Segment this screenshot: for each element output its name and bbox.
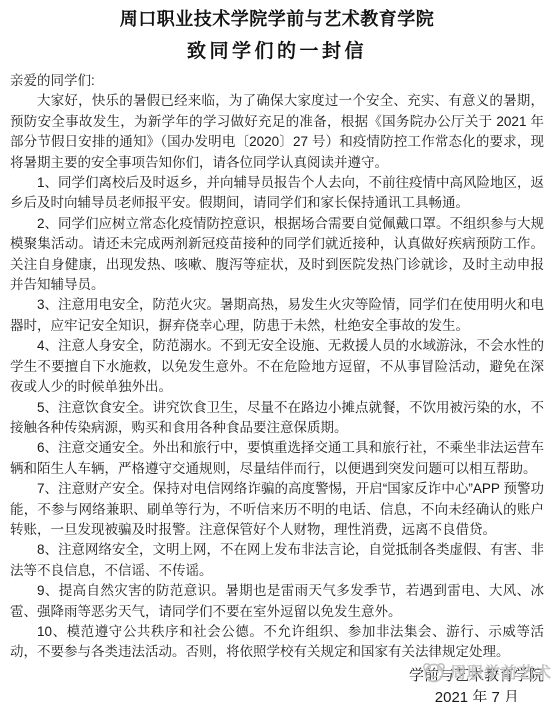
list-item: 9、提高自然灾害的防范意识。暑期也是雷雨天气多发季节，若遇到雷电、大风、冰雹、强… [10,581,544,622]
document-title: 周口职业技术学院学前与艺术教育学院 [10,8,544,30]
intro-paragraph: 大家好，快乐的暑假已经来临，为了确保大家度过一个安全、充实、有意义的暑期，预防安… [10,91,544,173]
list-item: 5、注意饮食安全。讲究饮食卫生，尽量不在路边小摊点就餐，不饮用被污染的水，不接触… [10,398,544,439]
signature-date: 2021 年 7 月 [10,688,544,702]
list-item: 2、同学们应树立常态化疫情防控意识，根据场合需要自觉佩戴口罩。不组织参与大规模聚… [10,214,544,296]
list-item: 7、注意财产安全。保持对电信网络诈骗的高度警惕，开启“国家反诈中心”APP 预警… [10,479,544,540]
list-item: 1、同学们离校后及时返乡，并向辅导员报告个人去向，不前往疫情中高风险地区，返乡后… [10,173,544,214]
signature-block: 学前与艺术教育学院 2021 年 7 月 [10,666,544,702]
list-item: 8、注意网络安全，文明上网，不在网上发布非法言论，自觉抵制各类虚假、有害、非法等… [10,540,544,581]
list-item: 3、注意用电安全，防范火灾。暑期高热，易发生火灾等险情，同学们在使用明火和电器时… [10,295,544,336]
list-item: 4、注意人身安全，防范溺水。不到无安全设施、无救援人员的水域游泳，不会水性的学生… [10,336,544,397]
items-list: 1、同学们离校后及时返乡，并向辅导员报告个人去向，不前往疫情中高风险地区，返乡后… [10,173,544,663]
document-subtitle: 致同学们的一封信 [10,41,544,63]
list-item: 6、注意交通安全。外出和旅行中，要慎重选择交通工具和旅行社，不乘坐非法运营车辆和… [10,438,544,479]
signature: 学前与艺术教育学院 [10,666,544,686]
list-item: 10、模范遵守公共秩序和社会公德。不允许组织、参加非法集会、游行、示威等活动，不… [10,622,544,663]
salutation: 亲爱的同学们: [10,71,544,91]
document-page: 周口职业技术学院学前与艺术教育学院 致同学们的一封信 亲爱的同学们: 大家好，快… [0,0,554,702]
